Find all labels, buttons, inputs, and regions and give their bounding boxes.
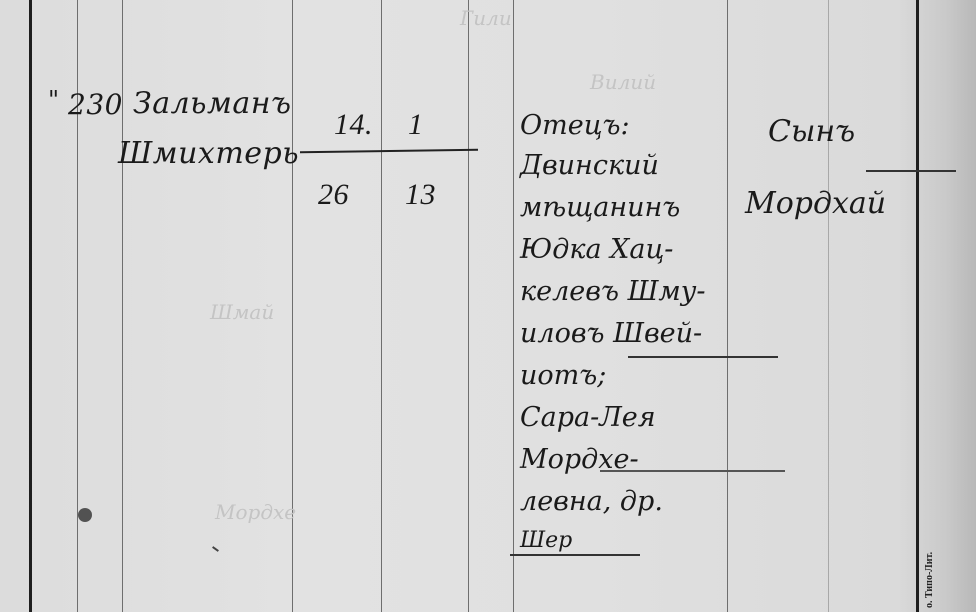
note-line: иловъ Швей-	[520, 318, 702, 349]
column-rule	[468, 0, 469, 612]
record-number: 230	[68, 88, 123, 121]
right-note: Мордхай	[745, 186, 886, 221]
bleed-through-text: Вилий	[590, 70, 656, 94]
printer-mark: о. Типо-Лит.	[924, 552, 935, 608]
column-rule	[727, 0, 728, 612]
note-line: мѣщанинъ	[520, 192, 680, 223]
note-line: келевъ Шму-	[520, 276, 706, 307]
note-line: левна, др.	[520, 486, 663, 517]
bleed-through-text: Мордхе	[215, 500, 296, 524]
note-line: Шер	[520, 528, 572, 553]
bleed-through-text: Гили	[460, 6, 512, 30]
column-rule	[513, 0, 514, 612]
note-line: иотъ;	[520, 360, 606, 391]
register-page: Гили Вилий Шмай Мордхе " 230 Зальманъ Шм…	[0, 0, 976, 612]
margin-rule	[916, 0, 919, 612]
ink-blot	[78, 508, 92, 522]
right-note: Сынъ	[768, 114, 855, 149]
underline-stroke	[510, 554, 640, 556]
given-name: Шмихтерь	[118, 136, 299, 171]
note-line: Сара-Лея	[520, 402, 656, 433]
note-line: Отецъ:	[520, 110, 630, 141]
note-line: Двинский	[520, 150, 659, 181]
note-line: Юдка Хац-	[520, 234, 673, 265]
underline-stroke	[866, 170, 956, 172]
value-row1-b: 1	[408, 108, 424, 142]
column-rule	[828, 0, 829, 612]
value-row1-a: 14.	[334, 108, 373, 142]
value-row2-b: 13	[405, 178, 436, 212]
column-rule	[381, 0, 382, 612]
divider-stroke	[300, 149, 478, 153]
underline-stroke	[628, 356, 778, 358]
bleed-through-text: Шмай	[210, 300, 274, 324]
surname: Зальманъ	[133, 86, 292, 121]
value-row2-a: 26	[318, 178, 349, 212]
ink-speck	[212, 546, 219, 552]
margin-rule	[29, 0, 32, 612]
ditto-mark: "	[48, 86, 60, 114]
underline-stroke	[600, 470, 785, 472]
